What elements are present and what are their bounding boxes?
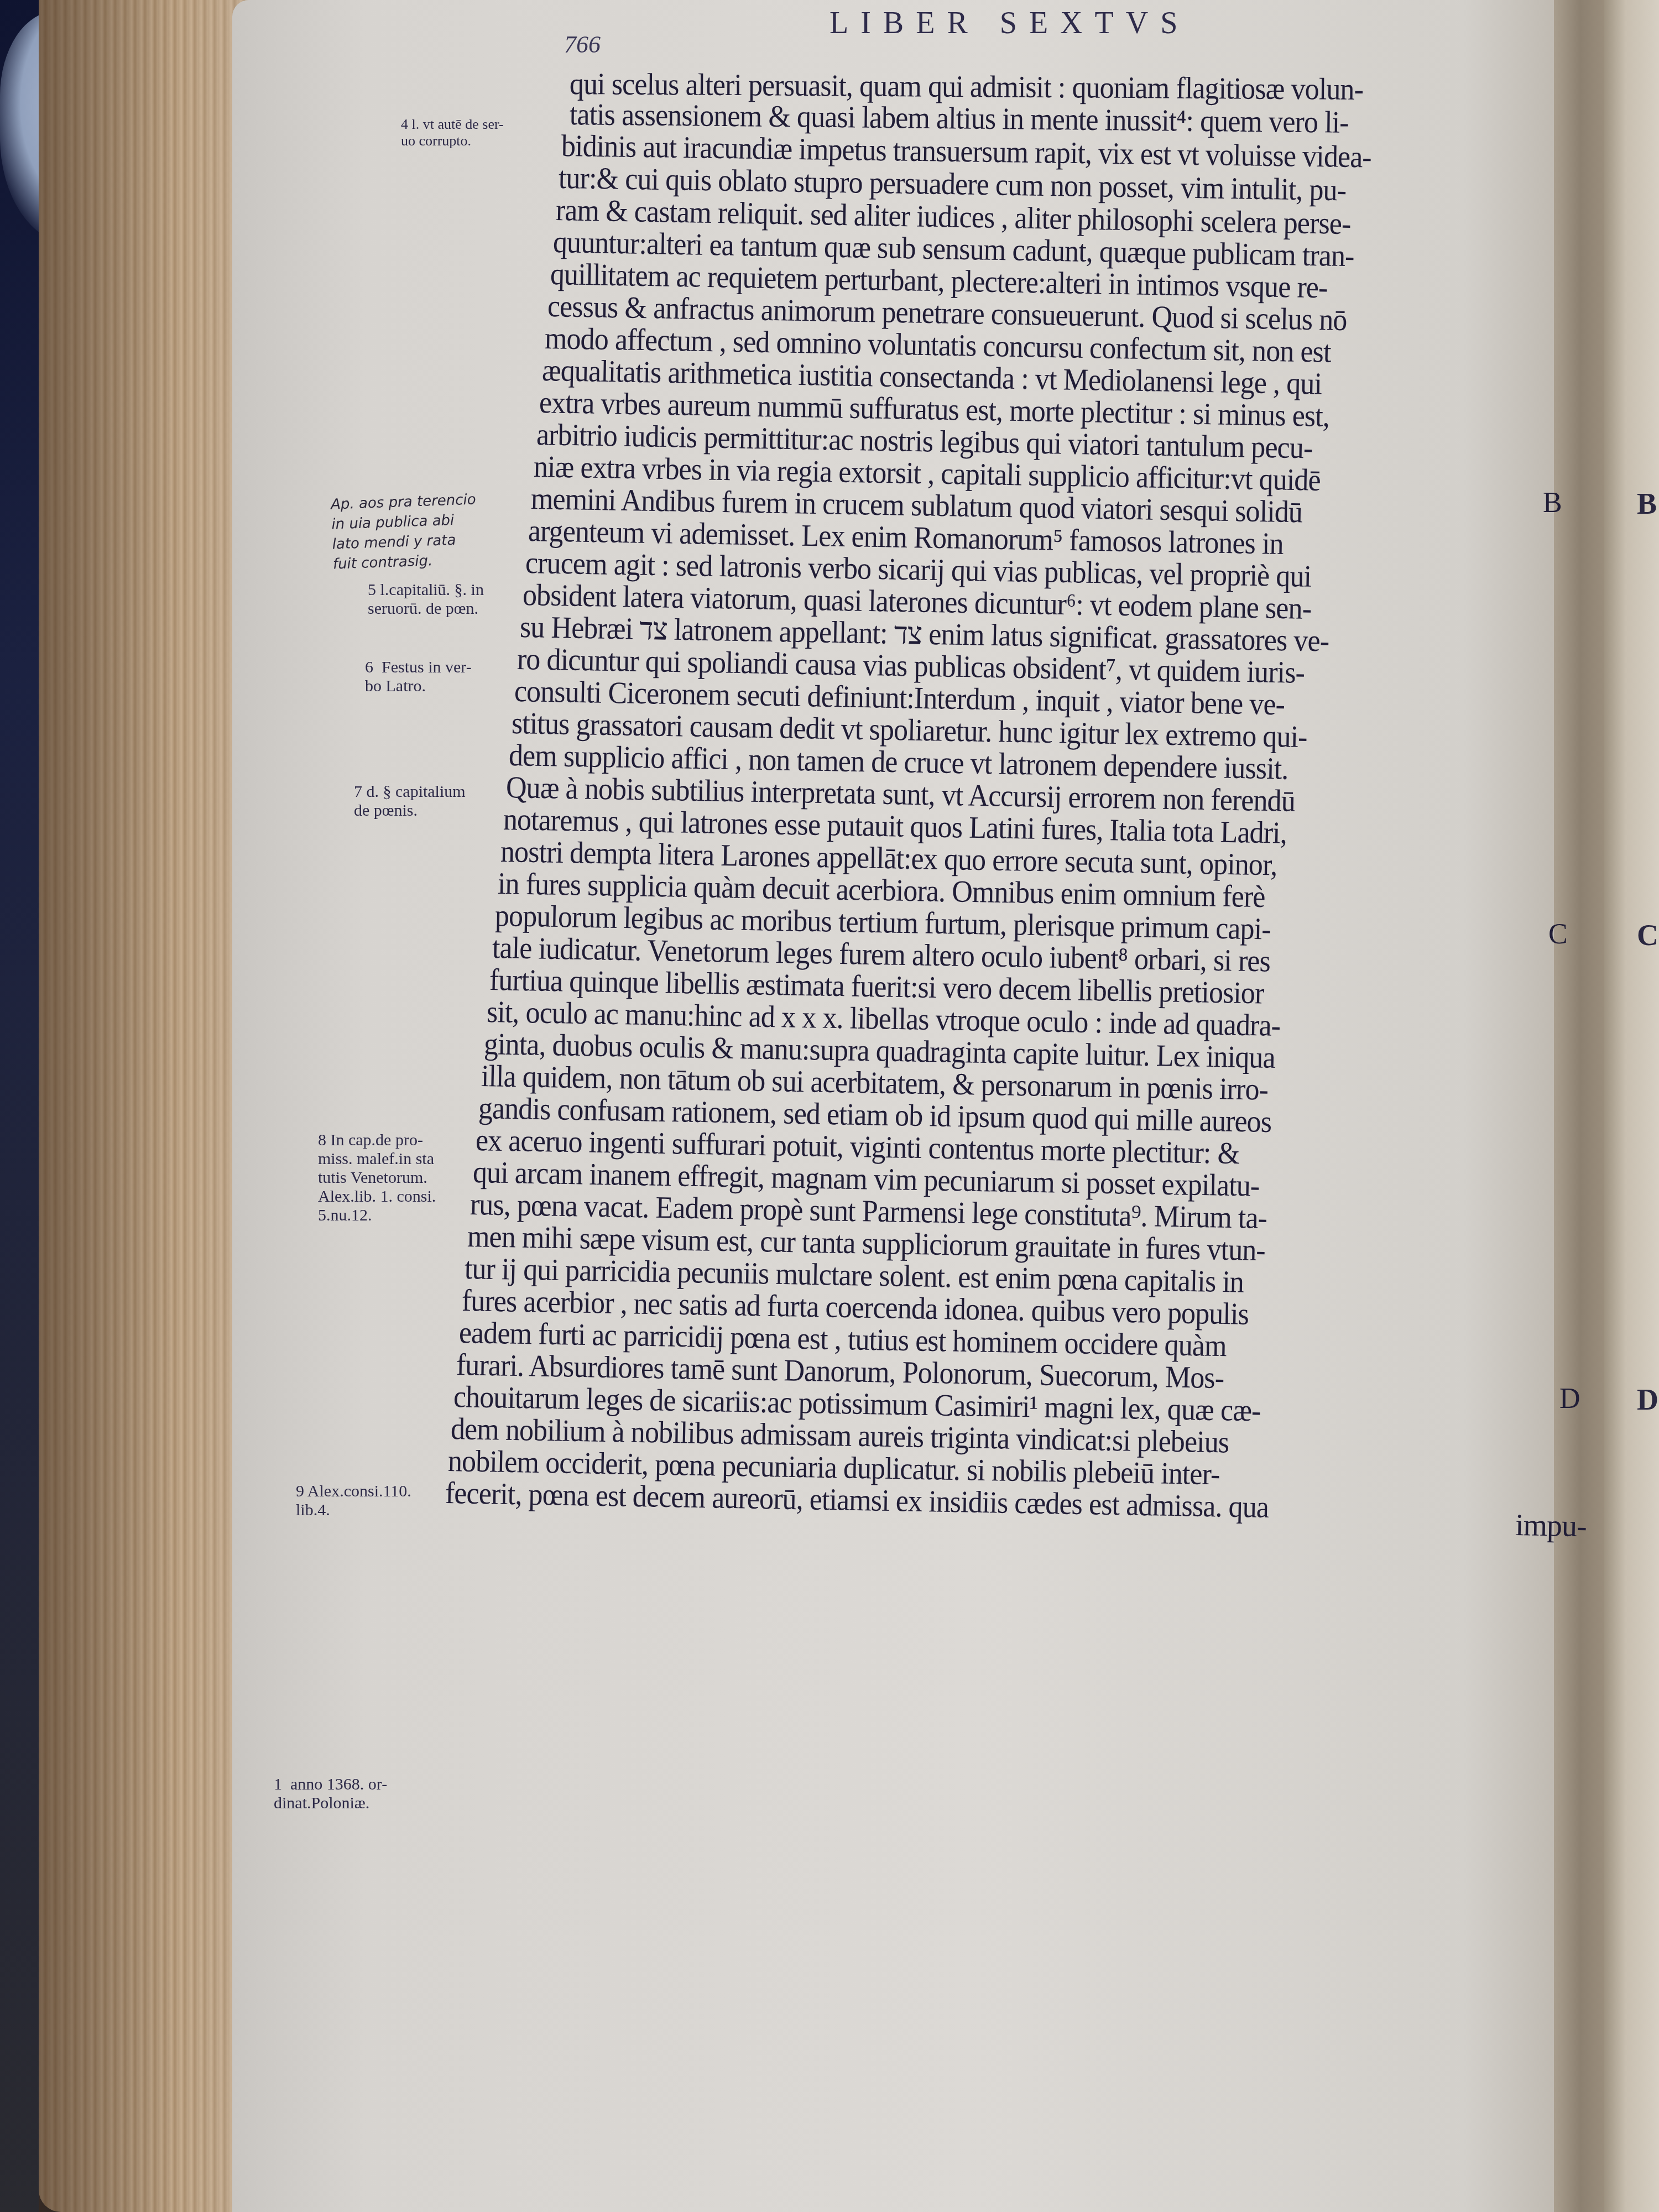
marginal-note-4: 4 l. vt autē de ser- uo corrupto. <box>401 116 504 149</box>
page-number: 766 <box>564 30 601 59</box>
marginal-note-5: 5 l.capitaliū. §. in seruorū. de pœn. <box>368 581 484 618</box>
section-letter-c: C <box>1548 918 1568 951</box>
running-head: LIBER SEXTVS <box>830 6 1190 41</box>
facing-margin-letter-b: B <box>1637 487 1657 521</box>
marginal-note-7: 7 d. § capitalium de pœnis. <box>354 782 466 820</box>
section-letter-d: D <box>1559 1383 1580 1415</box>
facing-margin-letter-d: D <box>1637 1383 1658 1417</box>
section-letter-b: B <box>1543 487 1562 519</box>
facing-margin-letter-c: C <box>1637 918 1658 952</box>
marginal-note-6: 6 Festus in ver- bo Latro. <box>365 658 472 696</box>
catchword: impu- <box>1515 1507 1587 1544</box>
marginal-note-1: 1 anno 1368. or- dinat.Poloniæ. <box>274 1775 387 1813</box>
facing-page <box>1604 0 1659 2212</box>
handwritten-annotation: Ap. aos pra terencio in uia publica abi … <box>331 489 479 574</box>
marginal-note-9: 9 Alex.consi.110. lib.4. <box>296 1482 411 1520</box>
marginal-note-8: 8 In cap.de pro- miss. malef.in sta tuti… <box>318 1131 436 1225</box>
